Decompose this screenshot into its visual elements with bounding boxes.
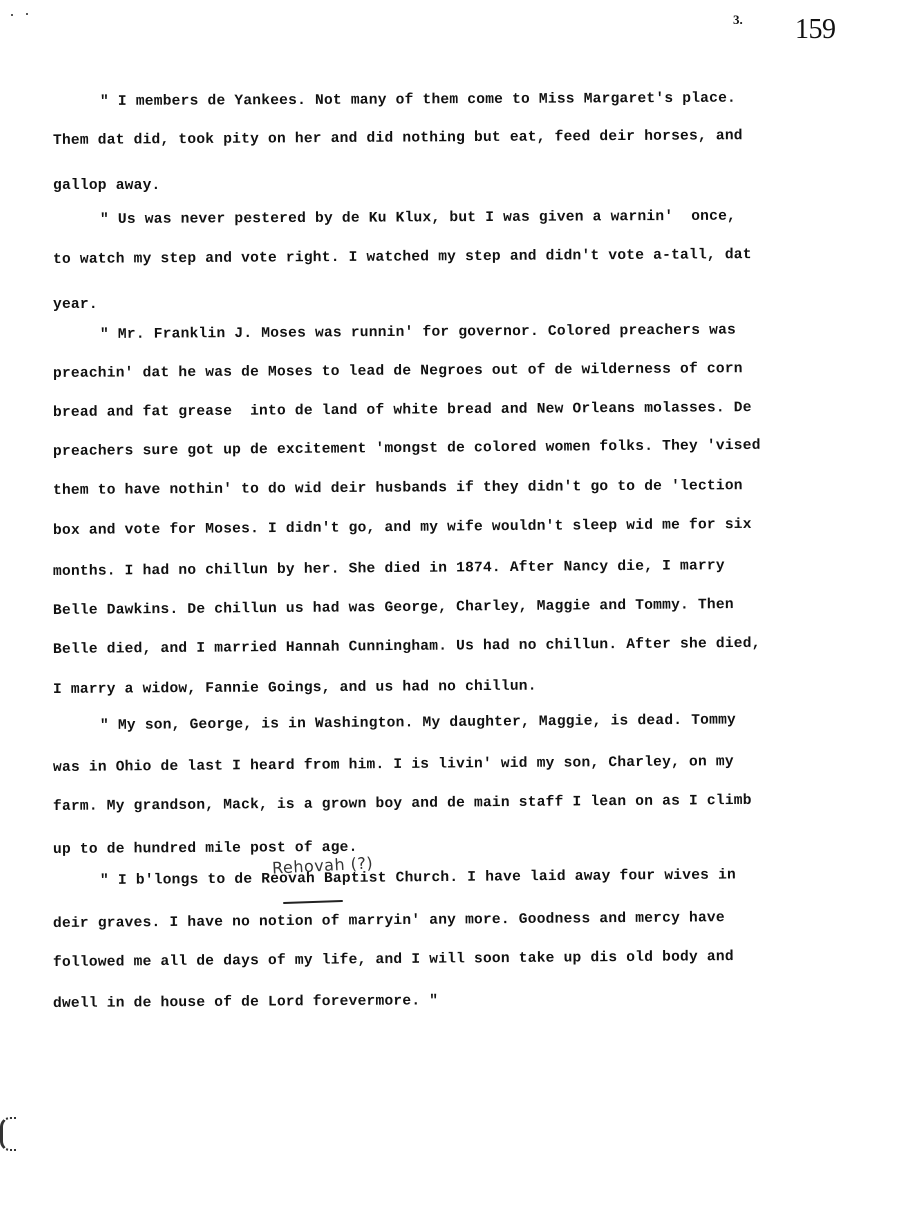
text-line: farm. My grandson, Mack, is a grown boy … (53, 793, 752, 815)
text-line: " Us was never pestered by de Ku Klux, b… (100, 209, 736, 228)
text-line: " I members de Yankees. Not many of them… (100, 91, 736, 110)
text-line: up to de hundred mile post of age. (53, 840, 358, 858)
text-line: months. I had no chillun by her. She die… (53, 558, 725, 580)
scan-speck (26, 13, 28, 15)
text-line: dwell in de house of de Lord forevermore… (53, 993, 438, 1012)
text-line: to watch my step and vote right. I watch… (53, 247, 752, 268)
text-line: " I b'longs to de Reovah Baptist Church.… (100, 867, 736, 889)
text-line: Them dat did, took pity on her and did n… (53, 128, 743, 149)
page-number: 159 (795, 14, 836, 46)
scan-speck (11, 14, 13, 16)
text-line: deir graves. I have no notion of marryin… (53, 910, 725, 932)
text-line: preachin' dat he was de Moses to lead de… (53, 361, 743, 382)
text-line: bread and fat grease into de land of whi… (53, 400, 752, 421)
text-line: them to have nothin' to do wid deir husb… (53, 478, 743, 499)
text-line: " Mr. Franklin J. Moses was runnin' for … (100, 323, 736, 343)
text-line: Belle died, and I married Hannah Cunning… (53, 636, 761, 658)
text-line: was in Ohio de last I heard from him. I … (53, 754, 734, 776)
text-line: Belle Dawkins. De chillun us had was Geo… (53, 597, 734, 619)
text-line: " My son, George, is in Washington. My d… (100, 712, 736, 734)
document-page: 3. 159 " I members de Yankees. Not many … (0, 0, 900, 1225)
text-line: gallop away. (53, 178, 161, 194)
text-line: preachers sure got up de excitement 'mon… (53, 438, 761, 460)
text-line: year. (53, 297, 98, 313)
text-line: followed me all de days of my life, and … (53, 949, 734, 971)
text-line: I marry a widow, Fannie Goings, and us h… (53, 679, 537, 698)
handwritten-underline (283, 900, 343, 904)
page-sub-number: 3. (733, 12, 743, 28)
binding-hole-artifact (0, 1117, 17, 1151)
text-line: box and vote for Moses. I didn't go, and… (53, 517, 752, 539)
